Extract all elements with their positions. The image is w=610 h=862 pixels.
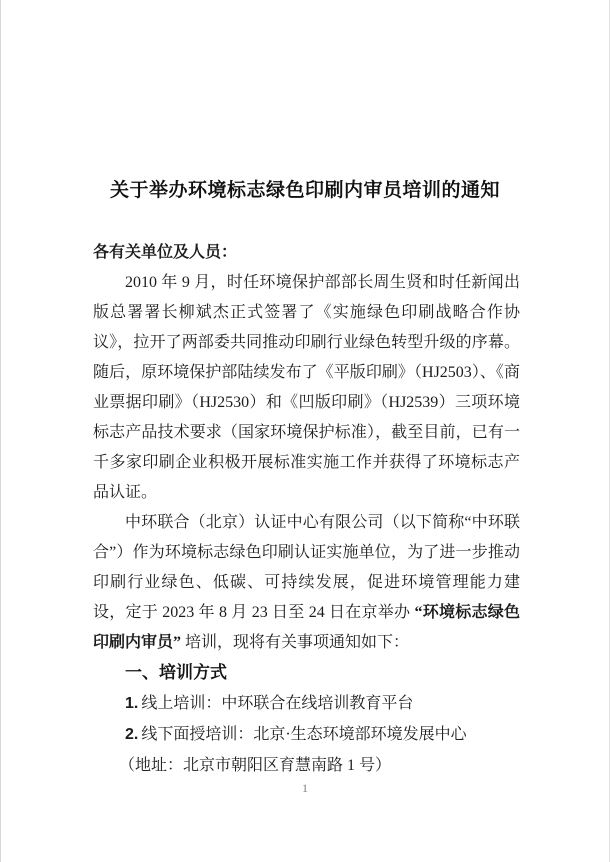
address-note: （地址：北京市朝阳区育慧南路 1 号）	[93, 750, 520, 781]
list-item-offline-training: 2.线下面授培训：北京·生态环境部环境发展中心	[93, 719, 520, 750]
list-item-text: 线上培训：中环联合在线培训教育平台	[141, 695, 413, 712]
document-title: 关于举办环境标志绿色印刷内审员培训的通知	[1, 177, 609, 205]
document-body: 各有关单位及人员： 2010 年 9 月，时任环境保护部部长周生贤和时任新闻出版…	[93, 238, 520, 781]
paragraph-2: 中环联合（北京）认证中心有限公司（以下简称“中环联合”）作为环境标志绿色印刷认证…	[93, 508, 520, 658]
salutation: 各有关单位及人员：	[93, 238, 520, 268]
list-item-number: 2.	[125, 726, 138, 743]
list-item-number: 1.	[125, 695, 138, 712]
page-number: 1	[1, 781, 609, 796]
paragraph-1: 2010 年 9 月，时任环境保护部部长周生贤和时任新闻出版总署署长柳斌杰正式签…	[93, 268, 520, 508]
list-item-online-training: 1.线上培训：中环联合在线培训教育平台	[93, 688, 520, 719]
text-run: 培训，现将有关事项通知如下：	[181, 634, 409, 651]
list-item-text: 线下面授培训：北京·生态环境部环境发展中心	[141, 726, 466, 743]
section-heading-training-method: 一、培训方式	[93, 658, 520, 688]
text-run: 2010 年 9 月，时任环境保护部部长周生贤和时任新闻出版总署署长柳斌杰正式签…	[93, 274, 520, 501]
document-page: 关于举办环境标志绿色印刷内审员培训的通知 各有关单位及人员： 2010 年 9 …	[0, 0, 610, 862]
